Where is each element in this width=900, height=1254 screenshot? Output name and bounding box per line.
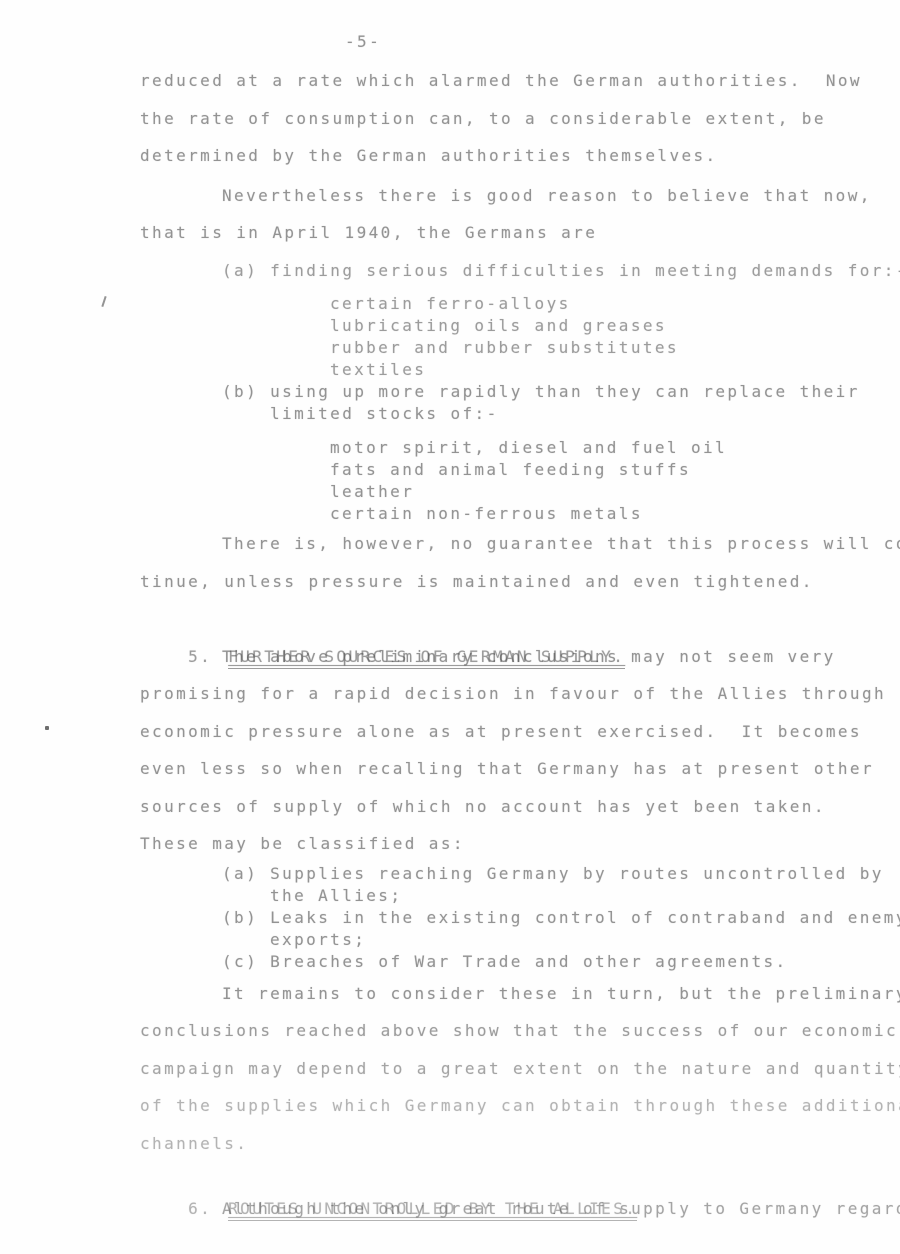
paragraph-consider-in-turn: It remains to consider these in turn, bu… — [140, 975, 870, 1163]
text-line: that is in April 1940, the Germans are — [140, 214, 870, 252]
list-item-continuation: the Allies; — [270, 885, 870, 907]
shortage-list-demands: certain ferro-alloys lubricating oils an… — [140, 293, 870, 381]
list-item: lubricating oils and greases — [330, 315, 870, 337]
text-line: of the supplies which Germany can obtain… — [140, 1087, 870, 1125]
paragraph-guarantee: There is, however, no guarantee that thi… — [140, 525, 870, 600]
text-line: conclusions reached above show that the … — [140, 1012, 870, 1050]
text-line: These may be classified as: — [140, 825, 870, 863]
list-item: certain non-ferrous metals — [330, 503, 870, 525]
list-item: motor spirit, diesel and fuel oil — [330, 437, 870, 459]
text-line: even less so when recalling that Germany… — [140, 750, 870, 788]
text-line: promising for a rapid decision in favour… — [140, 675, 870, 713]
list-item: leather — [330, 481, 870, 503]
list-item: (c) Breaches of War Trade and other agre… — [222, 951, 870, 973]
scanned-document-page: -5- reduced at a rate which alarmed the … — [0, 0, 900, 1254]
text-line: Although the only great route of supply … — [222, 1190, 870, 1228]
text-line: There is, however, no guarantee that thi… — [222, 525, 870, 563]
paragraph-preliminary-conclusions: The above preliminary conclusions may no… — [140, 638, 870, 863]
paragraph-nevertheless: Nevertheless there is good reason to bel… — [140, 177, 870, 252]
section-heading-5: 5.FURTHER SOURCES OF GERMAN SUPPLY. — [140, 600, 870, 638]
section-heading-6: 6.ROUTES UNCONTROLLED BY THE ALLIES. — [140, 1152, 870, 1190]
text-line: (b) using up more rapidly than they can … — [222, 381, 870, 403]
list-item: textiles — [330, 359, 870, 381]
text-line: tinue, unless pressure is maintained and… — [140, 563, 870, 601]
paragraph-route-of-supply: Although the only great route of supply … — [140, 1190, 870, 1228]
list-item-continuation: exports; — [270, 929, 870, 951]
text-line: sources of supply of which no account ha… — [140, 788, 870, 826]
classification-list: (a) Supplies reaching Germany by routes … — [140, 863, 870, 973]
paragraph-consumption: reduced at a rate which alarmed the Germ… — [140, 62, 870, 175]
page-number: -5- — [345, 32, 870, 52]
list-item-b-stocks: (b) using up more rapidly than they can … — [140, 381, 870, 425]
list-item: rubber and rubber substitutes — [330, 337, 870, 359]
shortage-list-stocks: motor spirit, diesel and fuel oil fats a… — [140, 437, 870, 525]
text-line: the rate of consumption can, to a consid… — [140, 100, 870, 138]
text-line: It remains to consider these in turn, bu… — [222, 975, 870, 1013]
text-line: Nevertheless there is good reason to bel… — [222, 177, 870, 215]
list-item: fats and animal feeding stuffs — [330, 459, 870, 481]
text-line: (a) finding serious difficulties in meet… — [222, 252, 870, 290]
text-line: determined by the German authorities the… — [140, 137, 870, 175]
list-item: (b) Leaks in the existing control of con… — [222, 907, 870, 929]
text-line: The above preliminary conclusions may no… — [222, 638, 870, 676]
list-item: (a) Supplies reaching Germany by routes … — [222, 863, 870, 885]
text-line: reduced at a rate which alarmed the Germ… — [140, 62, 870, 100]
text-line: limited stocks of:- — [270, 403, 870, 425]
list-item-a-demands: (a) finding serious difficulties in meet… — [140, 252, 870, 290]
text-line: economic pressure alone as at present ex… — [140, 713, 870, 751]
text-line: campaign may depend to a great extent on… — [140, 1050, 870, 1088]
list-item: certain ferro-alloys — [330, 293, 870, 315]
stray-mark — [101, 296, 106, 307]
stray-mark — [45, 726, 49, 730]
